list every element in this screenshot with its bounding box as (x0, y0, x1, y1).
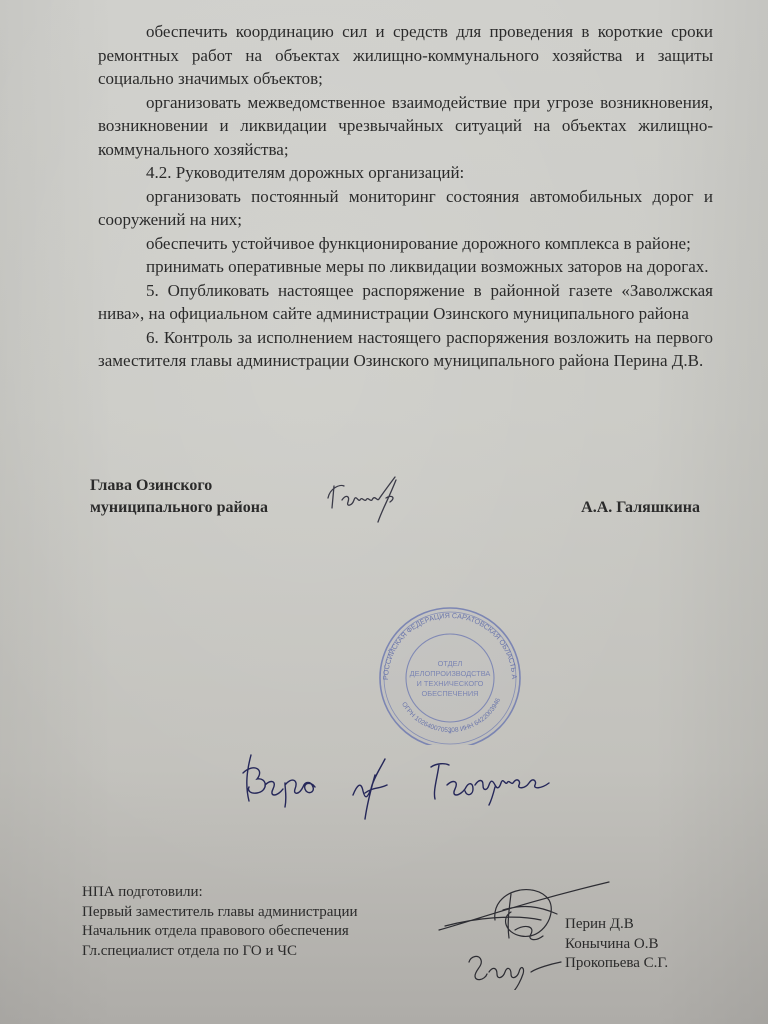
preparer-name: Конычина О.В (565, 935, 668, 955)
prepared-by-block: НПА подготовили: Первый заместитель глав… (82, 883, 358, 961)
stamp-center-line: ОТДЕЛ (438, 659, 463, 668)
stamp-center-line: И ТЕХНИЧЕСКОГО (417, 679, 484, 688)
paragraph: обеспечить координацию сил и средств для… (98, 20, 713, 91)
svg-text:*: * (448, 730, 452, 738)
paragraph: 6. Контроль за исполнением настоящего ра… (98, 326, 713, 373)
paragraph: принимать оперативные меры по ликвидации… (98, 255, 713, 279)
document-body: обеспечить координацию сил и средств для… (98, 20, 713, 373)
prepared-by-role: Первый заместитель главы администрации (82, 903, 358, 923)
paragraph: организовать межведомственное взаимодейс… (98, 91, 713, 162)
prepared-by-role: Начальник отдела правового обеспечения (82, 922, 358, 942)
prepared-by-heading: НПА подготовили: (82, 883, 358, 903)
paragraph: обеспечить устойчивое функционирование д… (98, 232, 713, 256)
stamp-center-line: ДЕЛОПРОИЗВОДСТВА (410, 669, 491, 678)
handwritten-signature-icon (320, 470, 450, 525)
paragraph: организовать постоянный мониторинг состо… (98, 185, 713, 232)
preparers-names: Перин Д.В Конычина О.В Прокопьева С.Г. (565, 915, 668, 974)
preparer-name: Перин Д.В (565, 915, 668, 935)
stamp-center-line: ОБЕСПЕЧЕНИЯ (422, 689, 479, 698)
prepared-by-role: Гл.специалист отдела по ГО и ЧС (82, 942, 358, 962)
official-stamp-icon: РОССИЙСКАЯ ФЕДЕРАЦИЯ САРАТОВСКАЯ ОБЛАСТЬ… (370, 600, 530, 745)
preparer-name: Прокопьева С.Г. (565, 954, 668, 974)
handwritten-certification-note-icon: Верно Подольская (235, 745, 595, 820)
paragraph: 4.2. Руководителям дорожных организаций: (98, 161, 713, 185)
paragraph: 5. Опубликовать настоящее распоряжение в… (98, 279, 713, 326)
signatory-name: А.А. Галяшкина (581, 497, 700, 519)
